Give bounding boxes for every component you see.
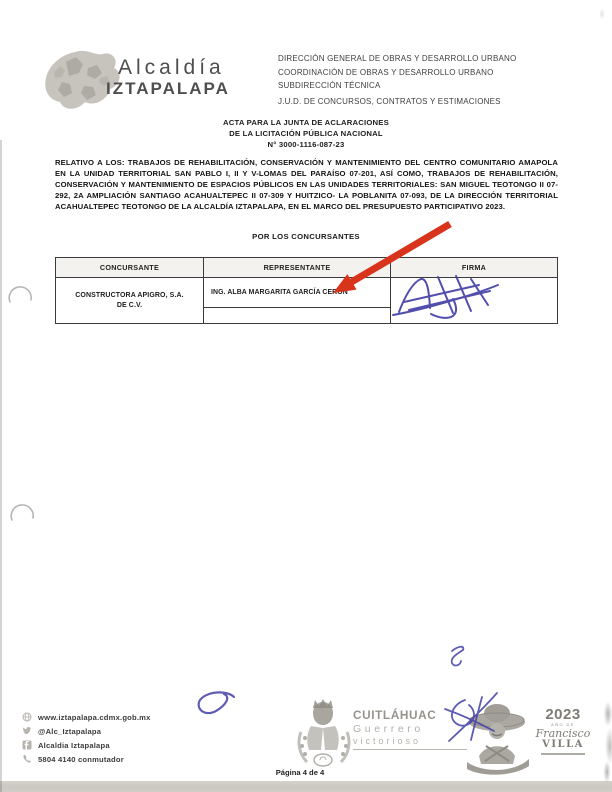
title-line-1: ACTA PARA LA JUNTA DE ACLARACIONES <box>0 117 612 128</box>
pen-squiggle-mark <box>199 692 234 713</box>
contact-row-phone: 5804 4140 conmutador <box>22 752 151 766</box>
table-header-row: CONCURSANTE REPRESENTANTE FIRMA <box>56 258 557 278</box>
facebook-icon <box>22 740 32 750</box>
villa-caption-line <box>541 753 585 755</box>
cuitlahuac-guerrero-text: Guerrero <box>353 723 467 735</box>
department-header: DIRECCIÓN GENERAL DE OBRAS Y DESARROLLO … <box>278 52 516 109</box>
scan-smudge-artifact <box>599 6 606 22</box>
table-row: CONSTRUCTORA APIGRO, S.A. DE C.V. ING. A… <box>56 278 557 323</box>
title-line-2: DE LA LICITACIÓN PÚBLICA NACIONAL <box>0 128 612 139</box>
document-title: ACTA PARA LA JUNTA DE ACLARACIONES DE LA… <box>0 117 612 150</box>
scan-left-edge-line <box>0 140 2 792</box>
subject-paragraph: RELATIVO A LOS: TRABAJOS DE REHABILITACI… <box>55 158 558 213</box>
website-text: www.iztapalapa.cdmx.gob.mx <box>38 713 151 722</box>
col-header-concursante: CONCURSANTE <box>56 258 204 278</box>
dept-line: DIRECCIÓN GENERAL DE OBRAS Y DESARROLLO … <box>278 52 516 66</box>
cuitlahuac-victorioso-text: victorioso <box>353 736 467 746</box>
twitter-handle-text: @Alc_Iztapalapa <box>38 727 101 736</box>
contact-row-facebook: Alcaldia Iztapalapa <box>22 738 151 752</box>
binder-hole-marks <box>9 287 33 520</box>
phone-icon <box>22 754 32 764</box>
cuitlahuac-title-text: CUITLÁHUAC <box>353 708 467 722</box>
dept-line: COORDINACIÓN DE OBRAS Y DESARROLLO URBAN… <box>278 66 516 80</box>
contact-info-block: www.iztapalapa.cdmx.gob.mx @Alc_Iztapala… <box>22 710 151 766</box>
globe-icon <box>22 712 32 722</box>
twitter-icon <box>22 726 32 736</box>
villa-villa-text: VILLA <box>534 739 592 750</box>
cuitlahuac-emblem: CUITLÁHUAC Guerrero victorioso <box>293 698 475 770</box>
alcaldia-iztapalapa-logo: Alcaldía IZTAPALAPA <box>36 44 266 116</box>
representante-name: ING. ALBA MARGARITA GARCÍA CERÓN <box>204 278 390 308</box>
villa-year-text: 2023 <box>534 706 592 723</box>
pen-j-mark <box>452 647 464 666</box>
logo-alcaldia-text: Alcaldía <box>106 56 230 80</box>
document-page: Alcaldía IZTAPALAPA DIRECCIÓN GENERAL DE… <box>0 0 612 792</box>
contact-row-twitter: @Alc_Iztapalapa <box>22 724 151 738</box>
cuitlahuac-figure-graphic <box>293 698 355 770</box>
section-heading: POR LOS CONCURSANTES <box>0 232 612 241</box>
representante-cell: ING. ALBA MARGARITA GARCÍA CERÓN <box>204 278 391 323</box>
scan-smudge-artifact <box>597 694 612 786</box>
logo-iztapalapa-text: IZTAPALAPA <box>106 79 230 99</box>
contact-row-website: www.iztapalapa.cdmx.gob.mx <box>22 710 151 724</box>
villa-figure-graphic <box>462 698 534 778</box>
firma-cell <box>391 278 557 323</box>
concursante-cell: CONSTRUCTORA APIGRO, S.A. DE C.V. <box>56 278 204 323</box>
col-header-firma: FIRMA <box>391 258 557 278</box>
emblem-underline <box>353 749 467 750</box>
page-number: Página 4 de 4 <box>0 768 600 777</box>
concursantes-table: CONCURSANTE REPRESENTANTE FIRMA CONSTRUC… <box>55 257 558 324</box>
scan-edge-band <box>0 781 612 792</box>
concursante-name: CONSTRUCTORA APIGRO, S.A. DE C.V. <box>71 291 189 310</box>
francisco-villa-emblem: 2023 AÑO DE Francisco VILLA <box>462 696 598 778</box>
title-line-3: N° 3000-1116-087-23 <box>0 139 612 150</box>
empty-subcell <box>204 308 390 323</box>
col-header-representante: REPRESENTANTE <box>204 258 391 278</box>
phone-text: 5804 4140 conmutador <box>38 755 124 764</box>
facebook-text: Alcaldia Iztapalapa <box>38 741 110 750</box>
dept-line: J.U.D. DE CONCURSOS, CONTRATOS Y ESTIMAC… <box>278 95 516 109</box>
dept-line: SUBDIRECCIÓN TÉCNICA <box>278 79 516 93</box>
